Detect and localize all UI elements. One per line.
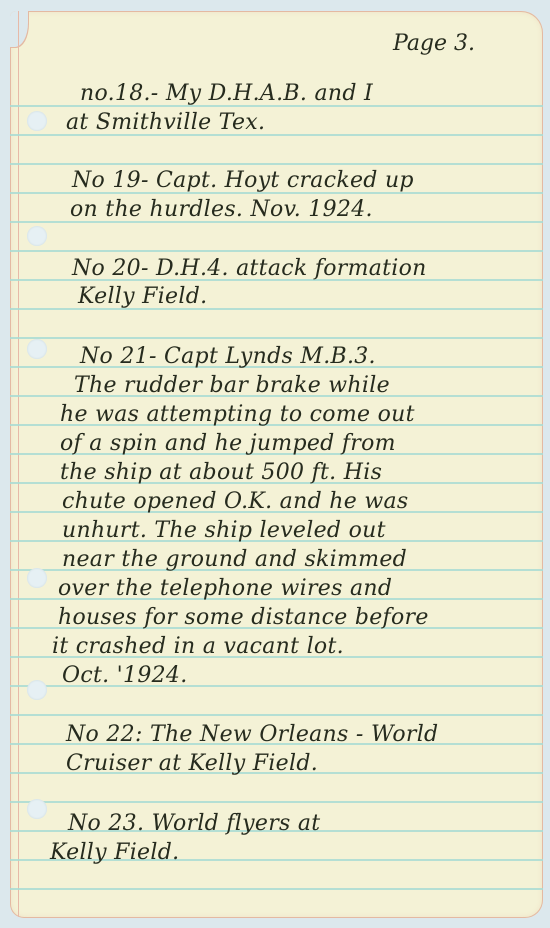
entry-21-line-3: he was attempting to come out — [60, 402, 543, 427]
binder-hole — [27, 680, 47, 700]
entry-21-line-10: houses for some distance before — [58, 605, 543, 630]
binder-hole — [27, 799, 47, 819]
rule-line — [10, 163, 543, 165]
binder-hole — [27, 568, 47, 588]
rule-line — [10, 250, 543, 252]
margin-line — [18, 11, 19, 918]
rule-line — [10, 337, 543, 339]
entry-21-line-7: unhurt. The ship leveled out — [62, 518, 543, 543]
binder-hole — [27, 339, 47, 359]
entry-23-line-1: No 23. World flyers at — [68, 811, 543, 836]
entry-22-line-2: Cruiser at Kelly Field. — [66, 751, 543, 776]
entry-21-line-12: Oct. '1924. — [62, 663, 543, 688]
entry-19-line-2: on the hurdles. Nov. 1924. — [70, 197, 543, 222]
entry-21-line-6: chute opened O.K. and he was — [62, 489, 543, 514]
rule-line — [10, 801, 543, 803]
rule-line — [10, 714, 543, 716]
entry-21-line-11: it crashed in a vacant lot. — [52, 634, 543, 659]
notebook-page: Page 3. no.18.- My D.H.A.B. and I at Smi… — [10, 11, 543, 918]
entry-21-line-1: No 21- Capt Lynds M.B.3. — [80, 344, 543, 369]
entry-20-line-1: No 20- D.H.4. attack formation — [72, 256, 543, 281]
entry-18-line-1: no.18.- My D.H.A.B. and I — [80, 81, 543, 106]
entry-23-line-2: Kelly Field. — [50, 840, 543, 865]
entry-21-line-4: of a spin and he jumped from — [60, 431, 543, 456]
entry-18-line-2: at Smithville Tex. — [66, 110, 543, 135]
page-number: Page 3. — [393, 31, 475, 56]
entry-21-line-8: near the ground and skimmed — [62, 547, 543, 572]
entry-19-line-1: No 19- Capt. Hoyt cracked up — [72, 168, 543, 193]
entry-22-line-1: No 22: The New Orleans - World — [66, 722, 543, 747]
entry-20-line-2: Kelly Field. — [78, 284, 543, 309]
entry-21-line-9: over the telephone wires and — [58, 576, 543, 601]
binder-hole — [27, 111, 47, 131]
entry-21-line-2: The rudder bar brake while — [74, 373, 543, 398]
binder-hole — [27, 226, 47, 246]
rule-line — [10, 888, 543, 890]
entry-21-line-5: the ship at about 500 ft. His — [60, 460, 543, 485]
